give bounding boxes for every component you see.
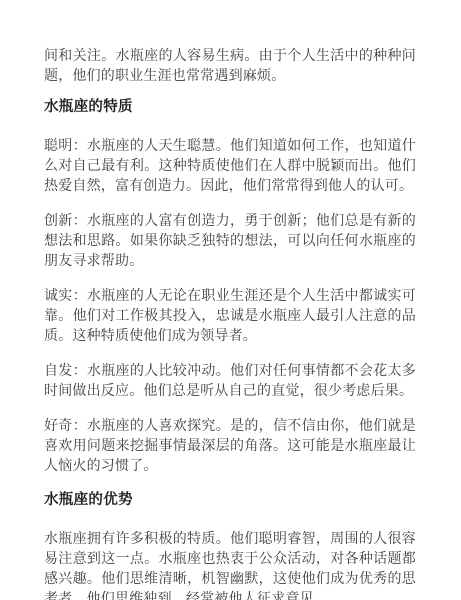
paragraph-trait-curious: 好奇：水瓶座的人喜欢探究。是的，信不信由你，他们就是喜欢用问题来挖掘事情最深层的…: [44, 415, 416, 475]
section-heading-traits: 水瓶座的特质: [44, 97, 416, 117]
article-page: 间和关注。水瓶座的人容易生病。由于个人生活中的种种问题，他们的职业生涯也常常遇到…: [0, 0, 461, 600]
intro-paragraph: 间和关注。水瓶座的人容易生病。由于个人生活中的种种问题，他们的职业生涯也常常遇到…: [44, 45, 416, 85]
paragraph-trait-innovative: 创新：水瓶座的人富有创造力，勇于创新；他们总是有新的想法和思路。如果你缺乏独特的…: [44, 210, 416, 270]
paragraph-trait-honest: 诚实：水瓶座的人无论在职业生涯还是个人生活中都诚实可靠。他们对工作极其投入，忠诚…: [44, 285, 416, 345]
paragraph-strengths: 水瓶座拥有许多积极的特质。他们聪明睿智，周围的人很容易注意到这一点。水瓶座也热衷…: [44, 528, 416, 600]
paragraph-trait-smart: 聪明：水瓶座的人天生聪慧。他们知道如何工作，也知道什么对自己最有利。这种特质使他…: [44, 135, 416, 195]
section-heading-strengths: 水瓶座的优势: [44, 490, 416, 510]
paragraph-trait-spontaneous: 自发：水瓶座的人比较冲动。他们对任何事情都不会花太多时间做出反应。他们总是听从自…: [44, 360, 416, 400]
